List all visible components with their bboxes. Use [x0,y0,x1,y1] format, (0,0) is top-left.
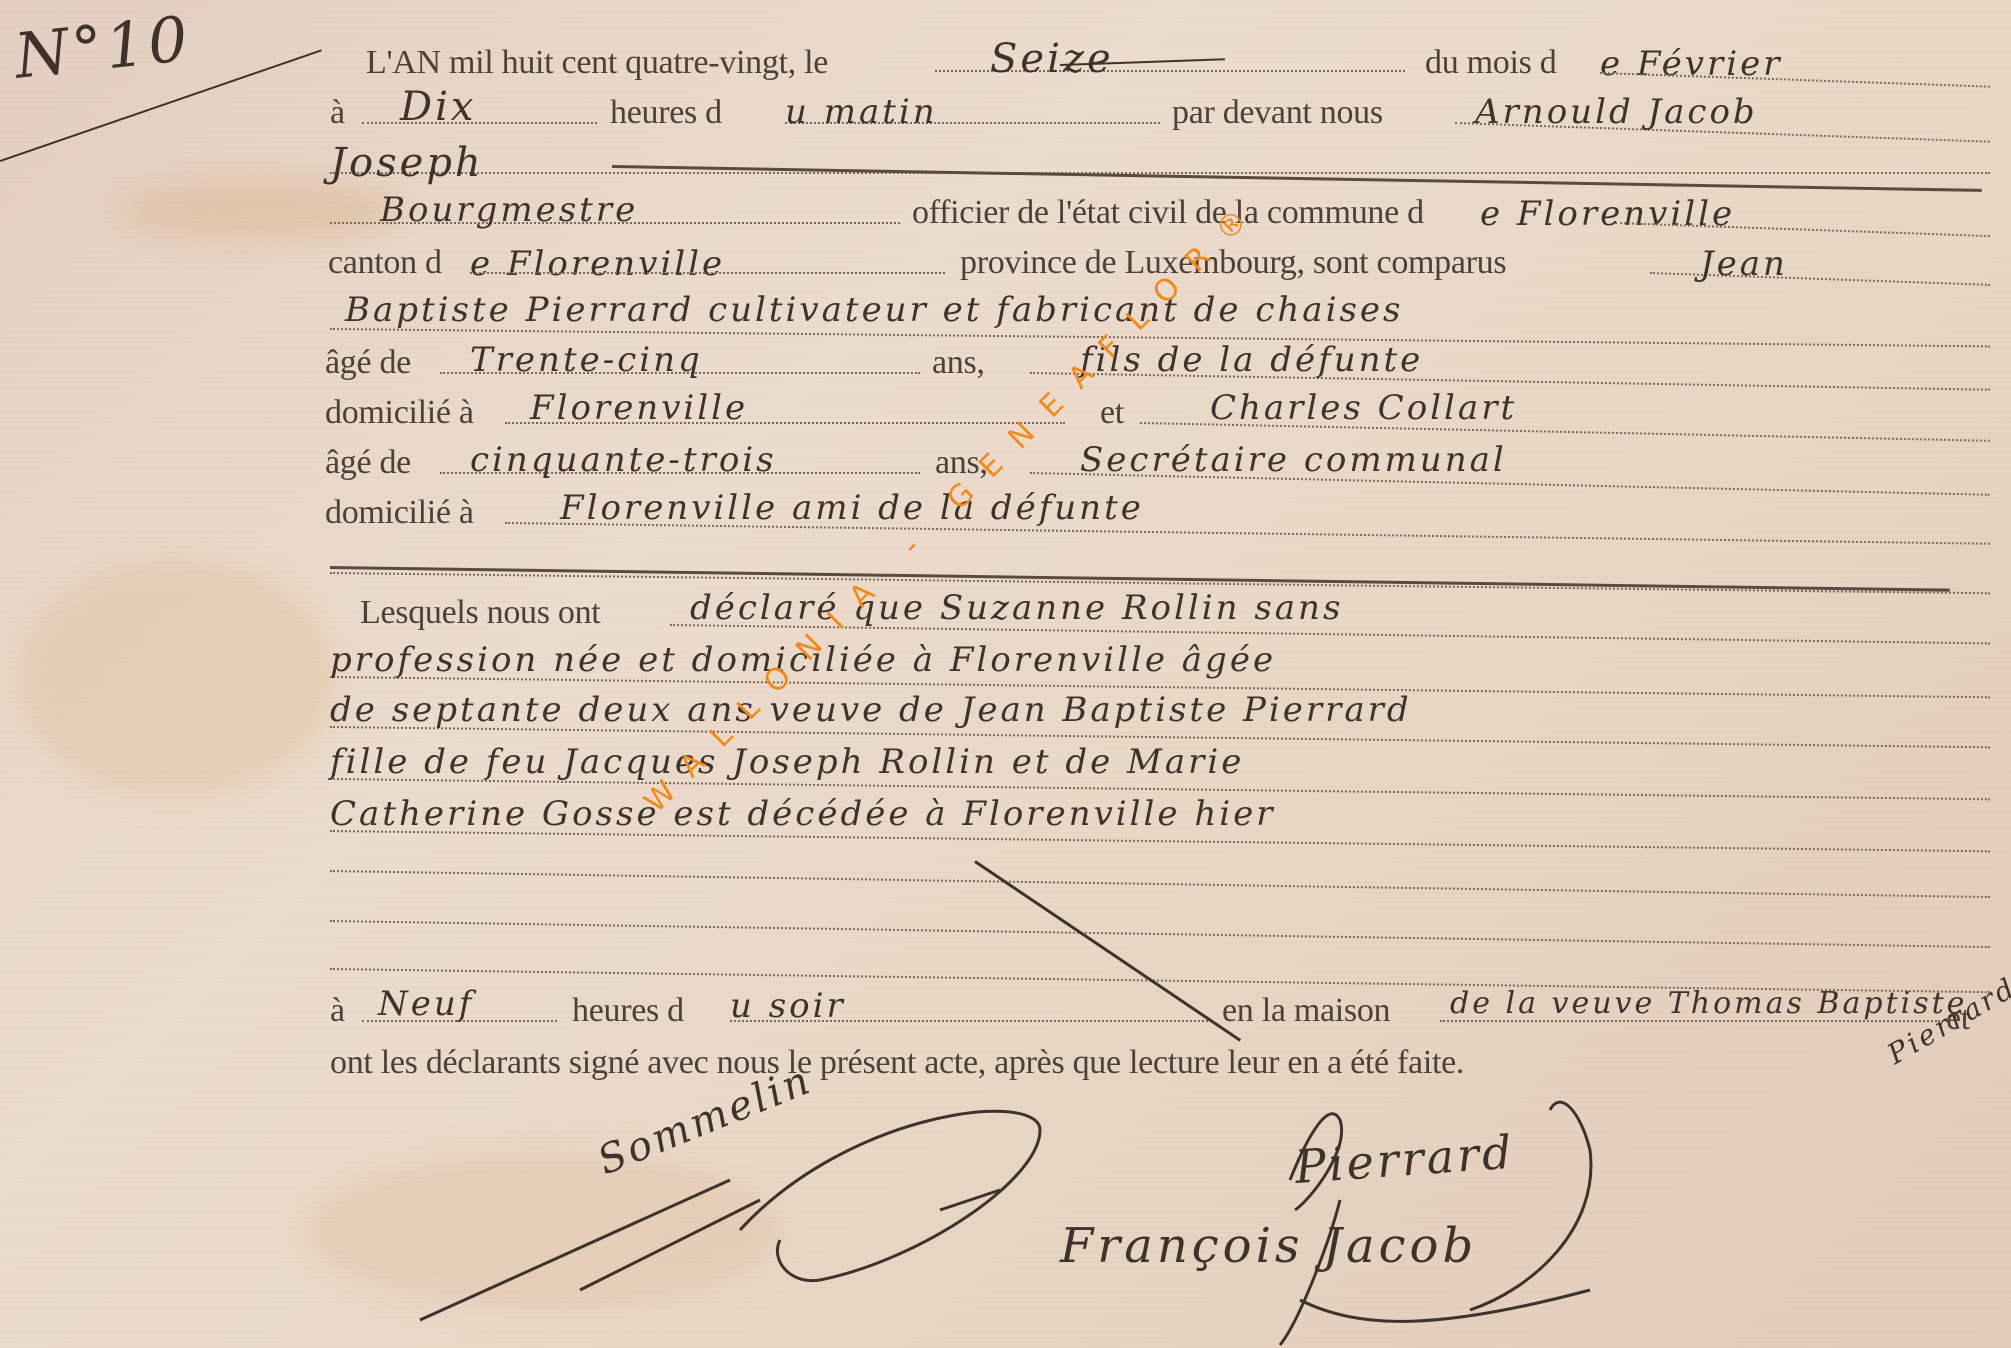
form-line12-a: Lesquels nous ont [360,594,600,632]
form-line1-b: du mois d [1425,44,1556,82]
paper-stain [20,560,340,800]
field-declarant1-age: Trente-cinq [470,340,703,380]
cancel-stroke [974,860,1241,1041]
field-declarant2-name: Charles Collart [1210,388,1517,428]
field-declaration-l4: fille de feu Jacques Joseph Rollin et de… [330,742,1244,782]
dotted-field [470,272,945,274]
form-line5-b: province de Luxembourg, sont comparus [960,244,1506,282]
dotted-field [330,870,1990,898]
form-line7-a: âgé de [325,344,411,382]
field-hour: Dix [400,84,476,130]
form-line1-a: L'AN mil huit cent quatre-vingt, le [366,44,828,82]
signature-flourish-3 [1260,1180,1620,1348]
form-line7-b: ans, [932,344,985,382]
field-declaration-l1: déclaré que Suzanne Rollin sans [690,588,1343,628]
dotted-field [362,122,597,124]
form-line8-a: domicilié à [325,394,474,432]
form-line4-a: officier de l'état civil de la commune d [912,194,1424,232]
field-officer-title: Bourgmestre [380,190,638,230]
field-declaration-l3: de septante deux ans veuve de Jean Bapti… [330,690,1412,730]
form-line8-b: et [1100,394,1124,432]
field-death-place: de la veuve Thomas Baptiste [1450,986,1967,1021]
entry-number: N°10 [11,2,194,93]
field-declaration-l5: Catherine Gosse est décédée à Florenvill… [330,794,1275,834]
field-day: Seize [990,36,1114,82]
field-commune: e Florenville [1480,194,1735,234]
field-officer-name: Arnould Jacob [1475,92,1758,132]
form-line19-a: à [330,992,345,1030]
field-death-time-of-day: u soir [730,986,846,1026]
form-line19-c: en la maison [1222,992,1390,1030]
field-declarant2-occupation: Secrétaire communal [1080,440,1507,480]
dotted-field [330,920,1990,948]
form-line2-a: à [330,94,345,132]
form-line10-a: domicilié à [325,494,474,532]
form-line20-a: ont les déclarants signé avec nous le pr… [330,1044,1464,1082]
fill-line [612,165,1982,192]
field-declarant2-domicile: Florenville ami de la défunte [560,488,1144,528]
form-line2-c: par devant nous [1172,94,1383,132]
field-declarant1-line: Baptiste Pierrard cultivateur et fabrica… [345,290,1403,330]
paper-stain [120,180,400,240]
form-line2-b: heures d [610,94,722,132]
field-death-hour: Neuf [378,984,474,1024]
field-time-of-day: u matin [785,92,938,132]
field-canton: e Florenville [470,244,725,284]
field-declarant1-first: Jean [1700,244,1788,284]
form-line19-b: heures d [572,992,684,1030]
field-officer-prefix: Joseph [330,140,484,186]
field-declarant2-age: cinquante-trois [470,440,777,480]
form-line9-a: âgé de [325,444,411,482]
field-declarant1-domicile: Florenville [530,388,748,428]
form-line5-a: canton d [328,244,442,282]
